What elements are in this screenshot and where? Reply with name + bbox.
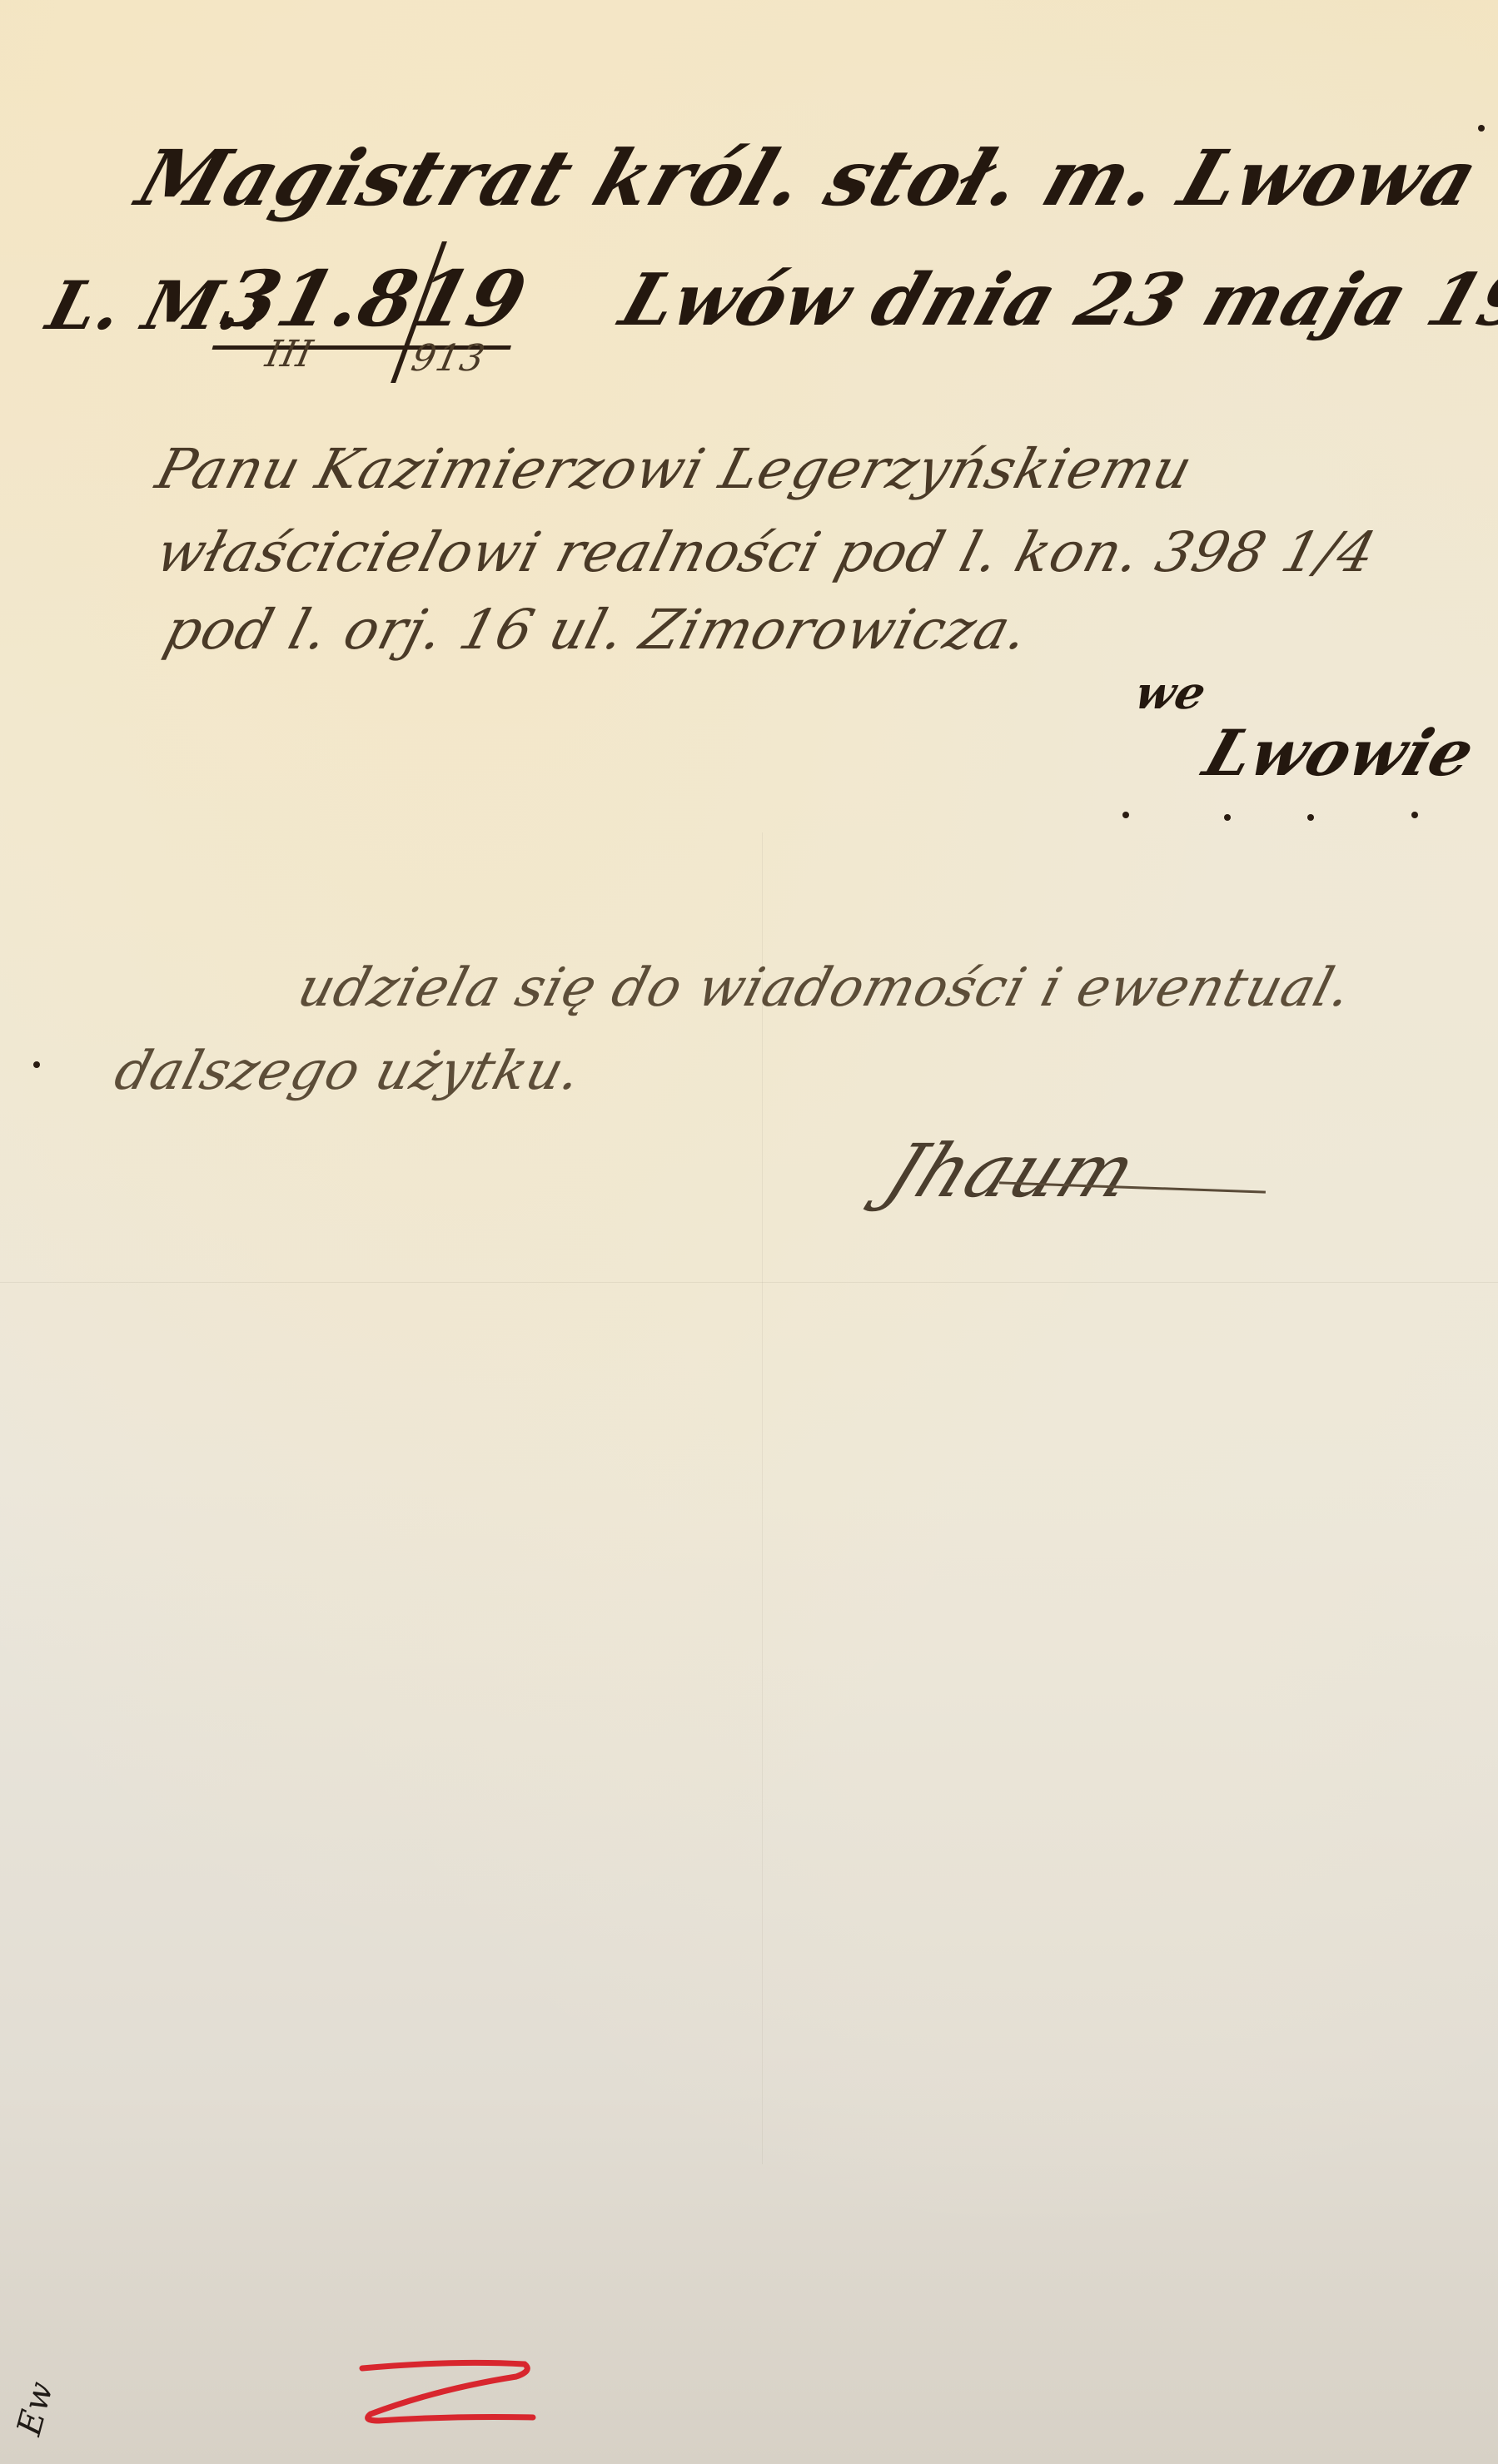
paper-fold-horizontal xyxy=(0,1282,1498,1283)
body-line-2: dalszego użytku. xyxy=(108,1041,589,1102)
addressee-line-1: Panu Kazimierzowi Legerzyńskiemu xyxy=(150,437,1200,501)
date-line: Lwów dnia 23 maja 1913. xyxy=(611,258,1498,342)
location-prefix: we xyxy=(1129,666,1212,719)
reference-sub-mark: III xyxy=(262,333,317,375)
red-pencil-mark-icon xyxy=(354,2356,545,2431)
document-page: Magistrat król. stoł. m. Lwowa L. M.: 31… xyxy=(0,0,1498,2464)
reference-year: 913 xyxy=(408,337,490,380)
location-city: Lwowie xyxy=(1196,716,1485,790)
document-header-title: Magistrat król. stoł. m. Lwowa xyxy=(127,133,1489,223)
ink-dot xyxy=(1122,812,1129,818)
reference-number: 31.819 xyxy=(212,254,536,350)
ink-dot xyxy=(1411,812,1418,818)
addressee-line-2: właścicielowi realności pod l. kon. 398 … xyxy=(150,520,1383,584)
body-line-1: udziela się do wiadomości i ewentual. xyxy=(291,957,1359,1019)
addressee-line-3: pod l. orj. 16 ul. Zimorowicza. xyxy=(158,598,1036,662)
ink-dot xyxy=(33,1061,40,1068)
ink-dot xyxy=(1307,814,1314,821)
margin-note: Ew xyxy=(10,2377,61,2439)
signature: Jhaum xyxy=(873,1128,1149,1214)
ink-dot xyxy=(1224,814,1231,821)
ink-dot xyxy=(1478,125,1485,132)
paper-fold-vertical xyxy=(762,832,763,2164)
